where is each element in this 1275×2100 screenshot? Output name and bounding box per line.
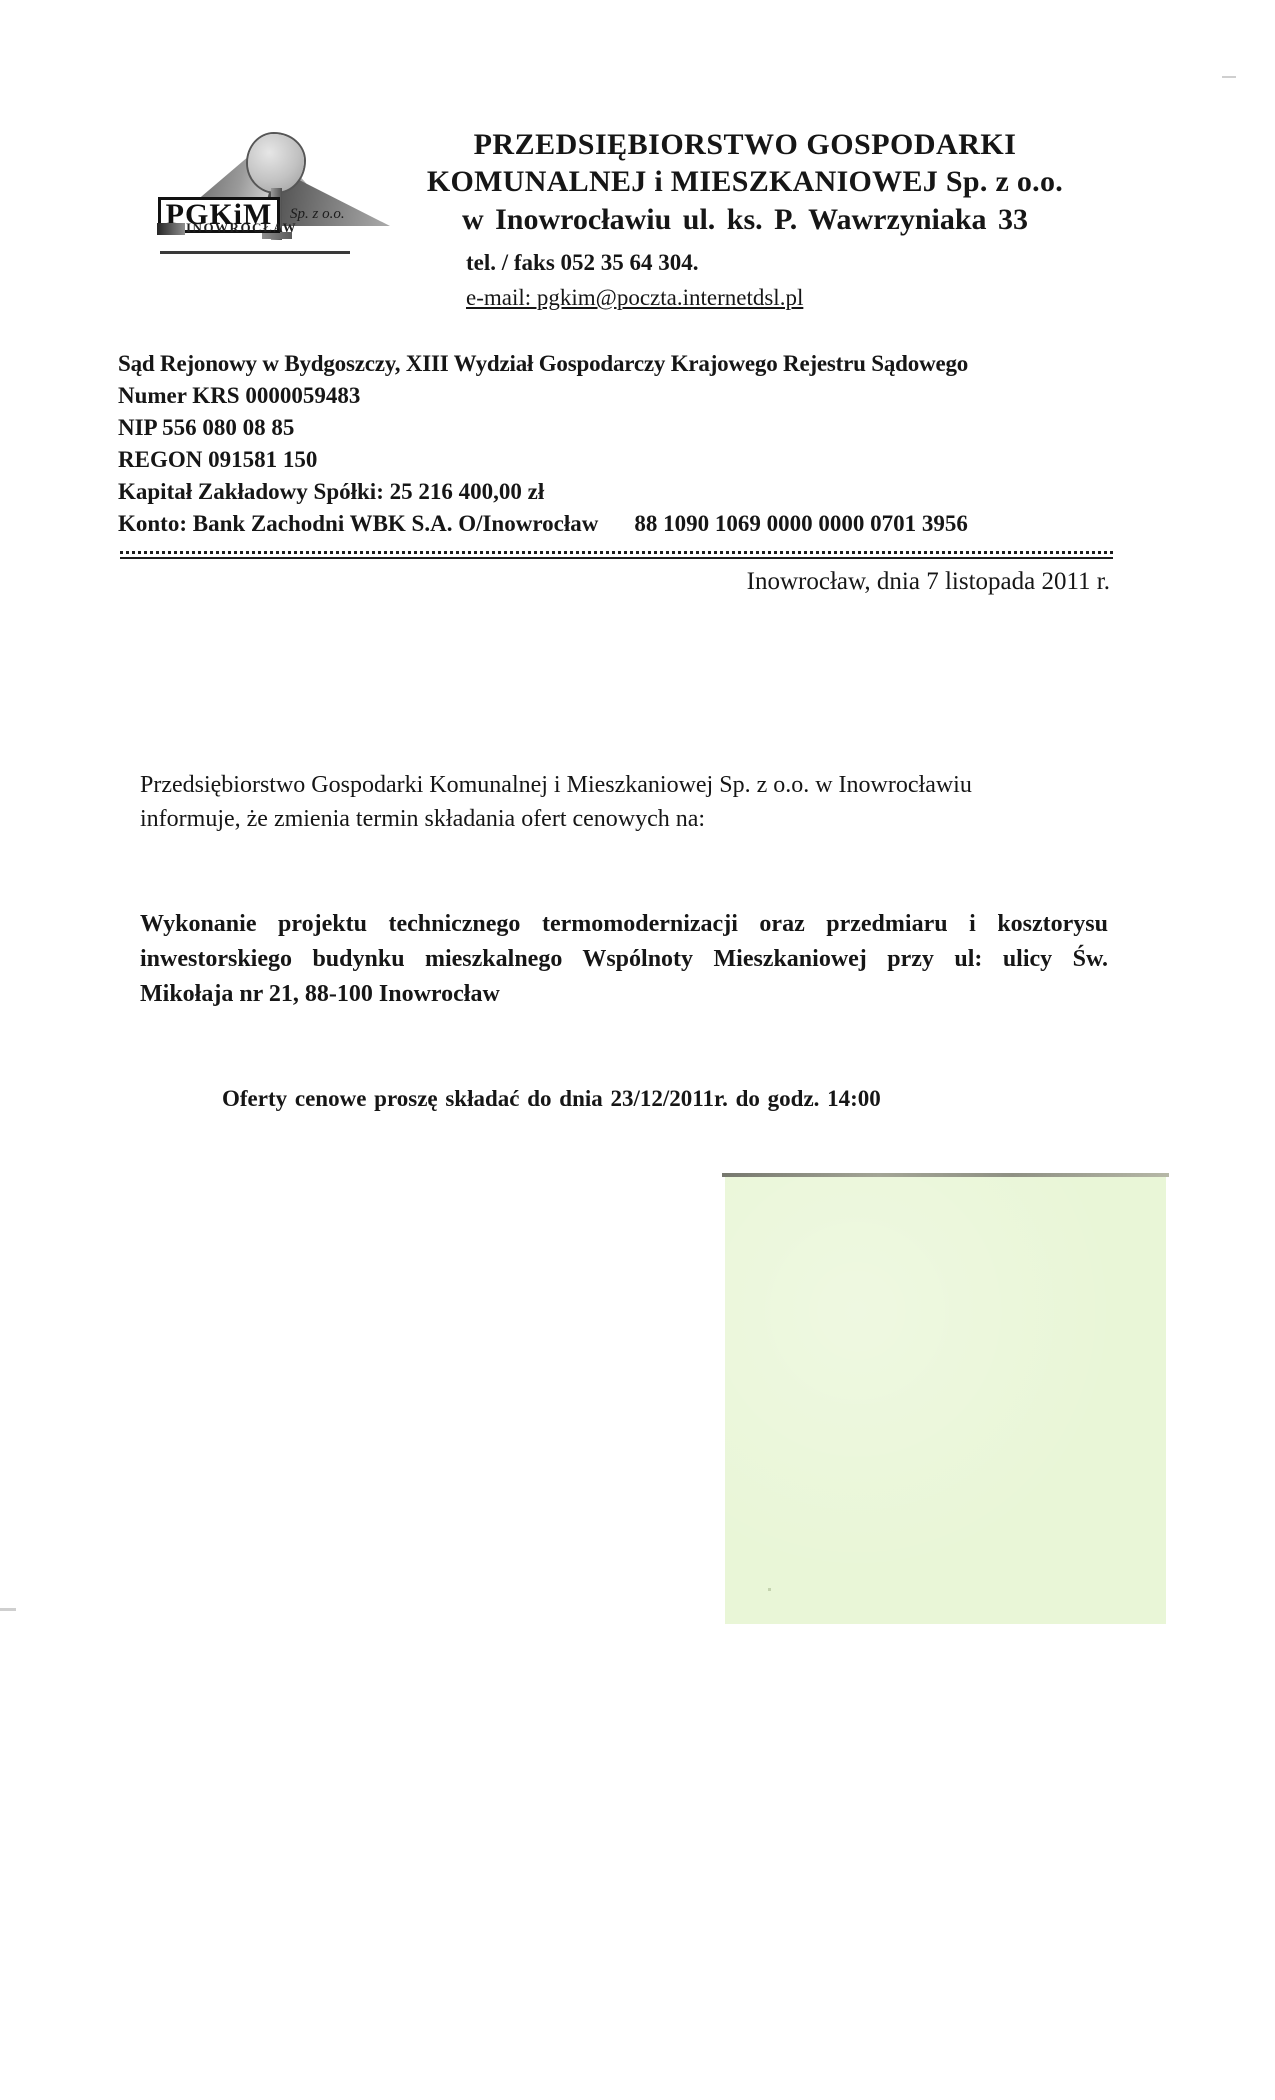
scan-artifact-top-right (1222, 76, 1236, 78)
place-and-date: Inowrocław, dnia 7 listopada 2011 r. (600, 568, 1110, 596)
logo-city: INOWROCŁAW (186, 220, 297, 236)
scan-artifact-left (0, 1608, 16, 1611)
letterhead: PRZEDSIĘBIORSTWO GOSPODARKI KOMUNALNEJ i… (380, 128, 1110, 237)
subject-paragraph: Wykonanie projektu technicznego termomod… (140, 907, 1108, 1012)
subject-line3: Mikołaja nr 21, 88-100 Inowrocław (140, 977, 1108, 1012)
scanned-letter-page: PGKiM Sp. z o.o. INOWROCŁAW PRZEDSIĘBIOR… (0, 0, 1275, 2100)
subject-line2: inwestorskiego budynku mieszkalnego Wspó… (140, 942, 1108, 977)
subject-line1: Wykonanie projektu technicznego termomod… (140, 907, 1108, 942)
company-name-line1: PRZEDSIĘBIORSTWO GOSPODARKI (380, 128, 1110, 162)
bank-account-label: Konto: Bank Zachodni WBK S.A. O/Inowrocł… (118, 508, 598, 540)
bank-account-row: Konto: Bank Zachodni WBK S.A. O/Inowrocł… (118, 508, 1128, 540)
company-logo: PGKiM Sp. z o.o. INOWROCŁAW (140, 110, 390, 270)
registration-block: Sąd Rejonowy w Bydgoszczy, XIII Wydział … (118, 348, 1128, 540)
krs-number: Numer KRS 0000059483 (118, 380, 1128, 412)
company-address: w Inowrocławiu ul. ks. P. Wawrzyniaka 33 (380, 203, 1110, 237)
bank-account-number: 88 1090 1069 0000 0000 0701 3956 (634, 508, 968, 540)
logo-company-type: Sp. z o.o. (290, 206, 345, 223)
regon-number: REGON 091581 150 (118, 444, 1128, 476)
intro-paragraph: Przedsiębiorstwo Gospodarki Komunalnej i… (140, 768, 972, 836)
intro-line1: Przedsiębiorstwo Gospodarki Komunalnej i… (140, 768, 972, 802)
email-address: e-mail: pgkim@poczta.internetdsl.pl (466, 285, 803, 311)
share-capital: Kapitał Zakładowy Spółki: 25 216 400,00 … (118, 476, 1128, 508)
offer-deadline: Oferty cenowe proszę składać do dnia 23/… (222, 1086, 881, 1112)
registry-court: Sąd Rejonowy w Bydgoszczy, XIII Wydział … (118, 348, 1128, 380)
logo-underline (160, 251, 350, 254)
nip-number: NIP 556 080 08 85 (118, 412, 1128, 444)
phone-fax: tel. / faks 052 35 64 304. (466, 250, 699, 276)
dotted-separator (120, 551, 1113, 559)
company-name-line2: KOMUNALNEJ i MIESZKANIOWEJ Sp. z o.o. (380, 165, 1110, 199)
green-note-slip (725, 1177, 1166, 1624)
logo-city-bar (157, 223, 185, 235)
intro-line2: informuje, że zmienia termin składania o… (140, 802, 972, 836)
scan-artifact-note-dot (768, 1588, 771, 1591)
